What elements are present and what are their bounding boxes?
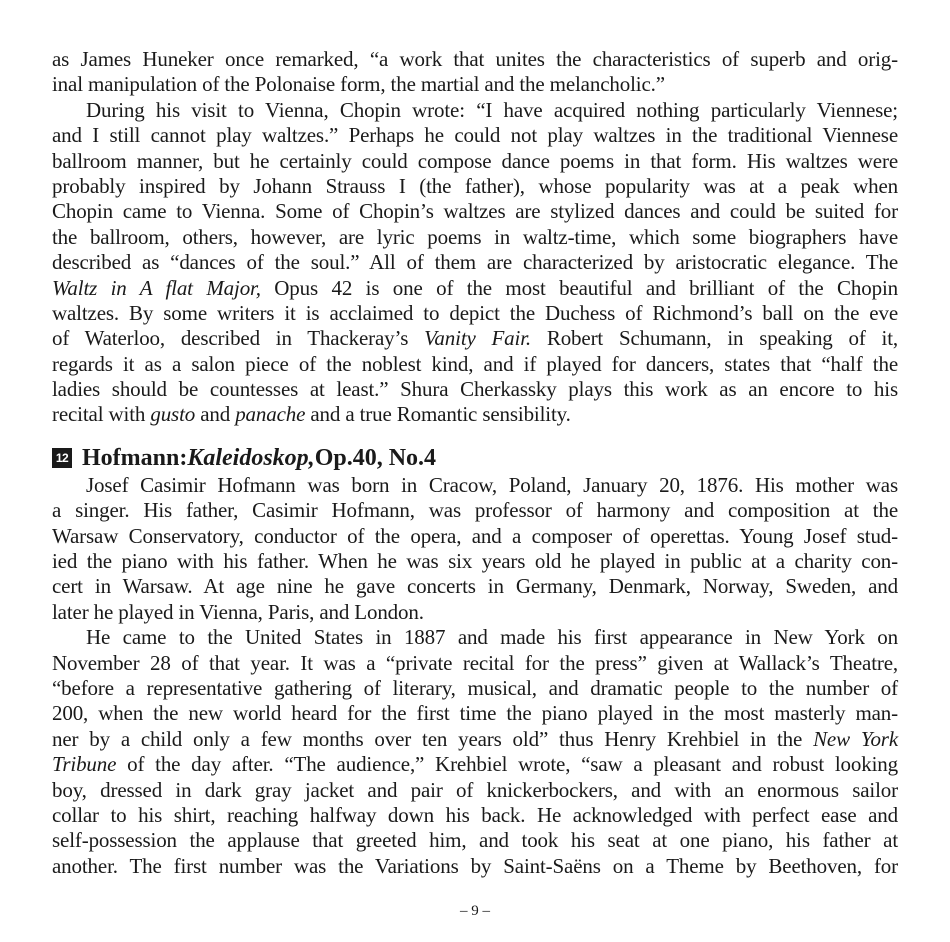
italic-term: gusto [150,402,195,426]
text-run: Robert Schumann, in speaking of it, [531,326,898,350]
text-line: probably inspired by Johann Strauss I (t… [52,174,898,199]
text-line: 200, when the new world heard for the fi… [52,701,898,726]
track-number-badge: 12 [52,448,72,468]
text-run: of Waterloo, described in Thackeray’s [52,326,424,350]
page-number: – 9 – [0,903,950,920]
text-line: Chopin came to Vienna. Some of Chopin’s … [52,199,898,224]
italic-term: panache [235,402,305,426]
text-line: ladies should be countesses at least.” S… [52,377,898,402]
text-line: Warsaw Conservatory, conductor of the op… [52,524,898,549]
text-line: November 28 of that year. It was a “priv… [52,651,898,676]
text-line: described as “dances of the soul.” All o… [52,250,898,275]
text-line: ied the piano with his father. When he w… [52,549,898,574]
text-line: of Waterloo, described in Thackeray’s Va… [52,326,898,351]
section-heading: 12 Hofmann: Kaleidoskop, Op.40, No.4 [52,444,898,473]
text-line: the ballroom, others, however, are lyric… [52,225,898,250]
text-run: ner by a child only a few months over te… [52,727,813,751]
text-line: boy, dressed in dark gray jacket and pai… [52,778,898,803]
text-run: and [195,402,235,426]
text-line: Waltz in A flat Major, Opus 42 is one of… [52,276,898,301]
paragraph-chopin-polonaise: as James Huneker once remarked, “a work … [52,47,898,98]
text-line: as James Huneker once remarked, “a work … [52,47,898,72]
text-run: and a true Romantic sensibility. [305,402,570,426]
text-line: later he played in Vienna, Paris, and Lo… [52,600,898,625]
work-title-italic: Waltz in A flat Major, [52,276,261,300]
text-line: a singer. His father, Casimir Hofmann, w… [52,498,898,523]
heading-work-title: Kaleidoskop, [187,446,314,471]
text-line: waltzes. By some writers it is acclaimed… [52,301,898,326]
heading-opus: Op.40, No.4 [315,446,436,471]
text-line: regards it as a salon piece of the noble… [52,352,898,377]
newspaper-title-italic: Tribune [52,752,116,776]
text-line: inal manipulation of the Polonaise form,… [52,72,898,97]
text-line: “before a representative gathering of li… [52,676,898,701]
text-line: Tribune of the day after. “The audience,… [52,752,898,777]
document-page: as James Huneker once remarked, “a work … [52,47,898,879]
text-line: and I still cannot play waltzes.” Perhap… [52,123,898,148]
text-line: ballroom manner, but he certainly could … [52,149,898,174]
text-line: He came to the United States in 1887 and… [52,625,898,650]
text-line: Josef Casimir Hofmann was born in Cracow… [52,473,898,498]
text-line: self-possession the applause that greete… [52,828,898,853]
text-run: Opus 42 is one of the most beautiful and… [261,276,898,300]
text-line: During his visit to Vienna, Chopin wrote… [52,98,898,123]
book-title-italic: Vanity Fair. [424,326,531,350]
text-line: recital with gusto and panache and a tru… [52,402,898,427]
heading-composer: Hofmann: [82,446,187,471]
text-line: another. The first number was the Variat… [52,854,898,879]
paragraph-hofmann-bio: Josef Casimir Hofmann was born in Cracow… [52,473,898,625]
newspaper-title-italic: New York [813,727,898,751]
paragraph-hofmann-us-debut: He came to the United States in 1887 and… [52,625,898,879]
text-line: cert in Warsaw. At age nine he gave conc… [52,574,898,599]
text-run: recital with [52,402,150,426]
text-line: collar to his shirt, reaching halfway do… [52,803,898,828]
text-line: ner by a child only a few months over te… [52,727,898,752]
text-run: of the day after. “The audience,” Krehbi… [116,752,898,776]
paragraph-chopin-waltzes: During his visit to Vienna, Chopin wrote… [52,98,898,428]
